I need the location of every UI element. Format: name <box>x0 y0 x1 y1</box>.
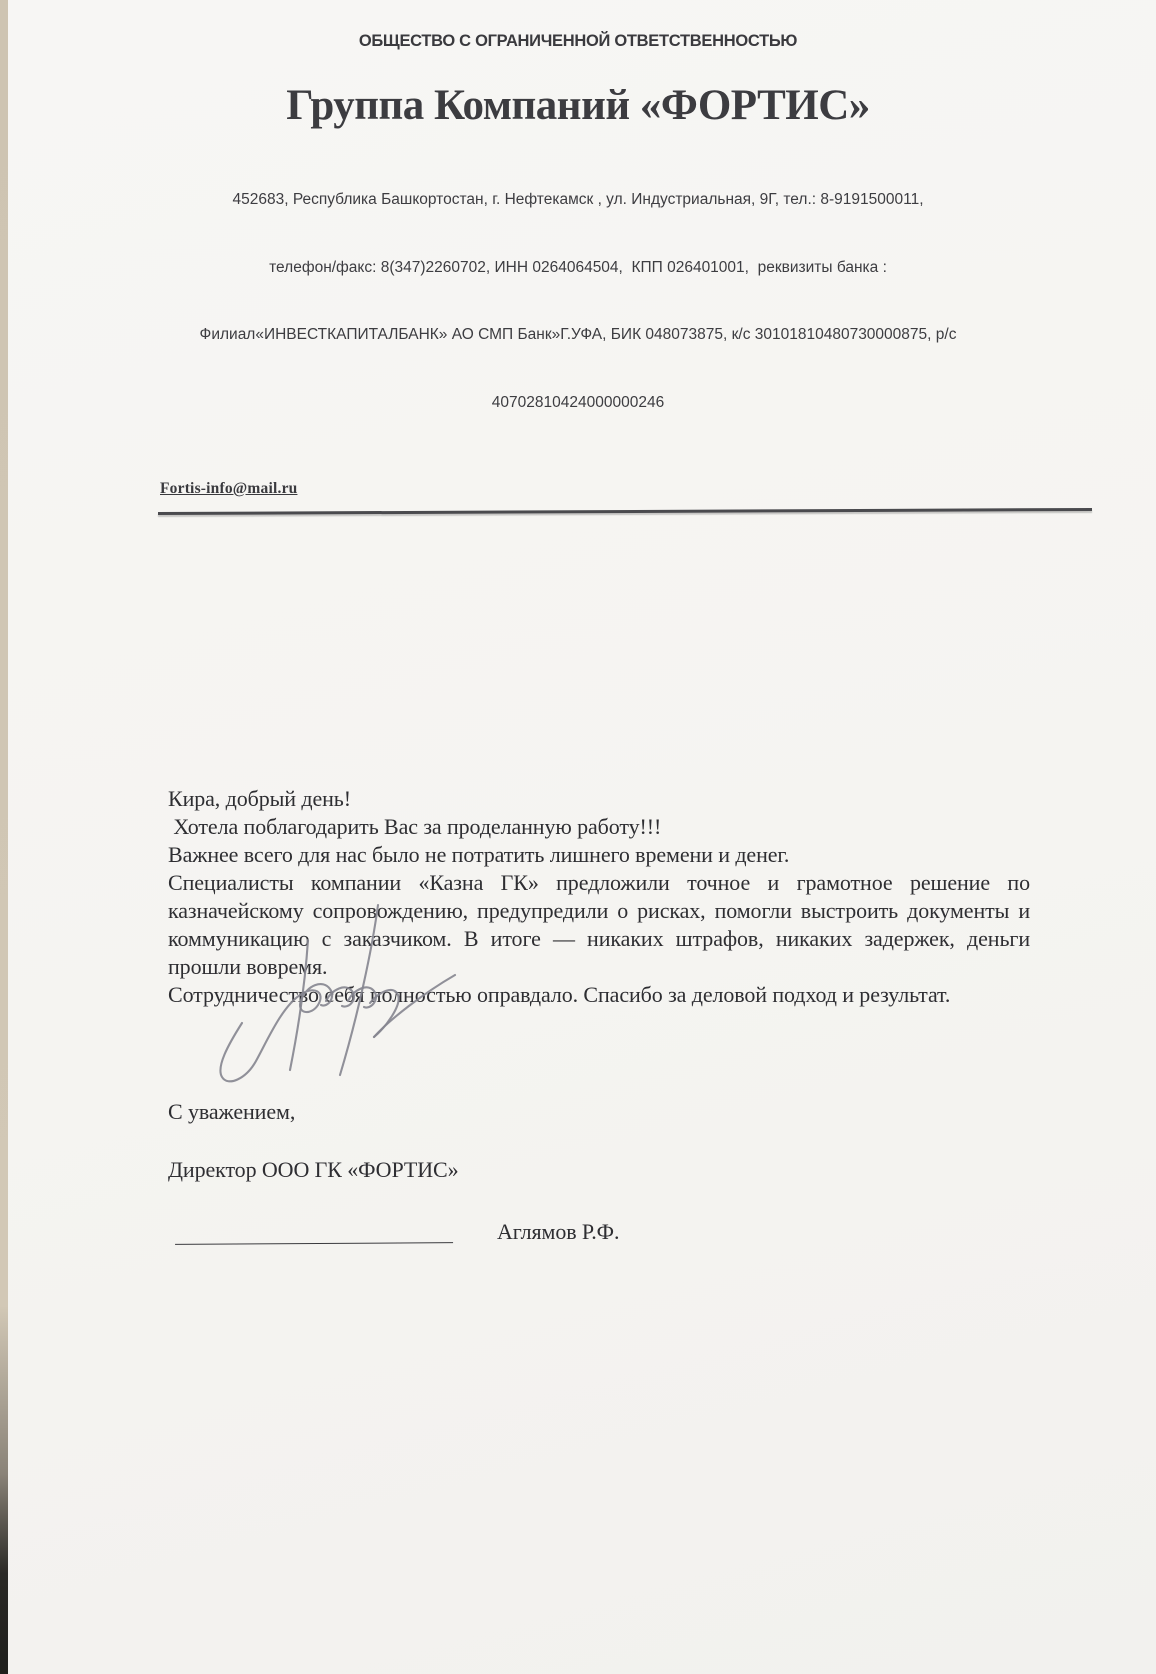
body-paragraph: Специалисты компании «Казна ГК» предложи… <box>168 869 1030 981</box>
letterhead: ОБЩЕСТВО С ОГРАНИЧЕННОЙ ОТВЕТСТВЕННОСТЬЮ… <box>0 31 1156 513</box>
body-paragraph: Сотрудничество себя полностью оправдало.… <box>168 981 1030 1009</box>
org-type-line: ОБЩЕСТВО С ОГРАНИЧЕННОЙ ОТВЕТСТВЕННОСТЬЮ <box>17 31 1138 51</box>
address-line: 452683, Республика Башкортостан, г. Нефт… <box>128 189 1028 212</box>
body-paragraph: Кира, добрый день! <box>168 785 1030 813</box>
company-name: Группа Компаний «ФОРТИС» <box>0 84 1156 127</box>
scanned-letter-page: ОБЩЕСТВО С ОГРАНИЧЕННОЙ ОТВЕТСТВЕННОСТЬЮ… <box>0 0 1156 1674</box>
signature-line <box>175 1218 453 1245</box>
address-block: 452683, Республика Башкортостан, г. Нефт… <box>128 144 1028 459</box>
closing-line: С уважением, <box>168 1098 1030 1126</box>
company-email: Fortis-info@mail.ru <box>160 480 297 497</box>
letter-body: Кира, добрый день! Хотела поблагодарить … <box>0 785 1156 1244</box>
address-line: телефон/факс: 8(347)2260702, ИНН 0264064… <box>128 257 1028 280</box>
photo-page-edge <box>0 0 8 1674</box>
signature-row: Аглямов Р.Ф. <box>168 1210 1030 1244</box>
letterhead-rule <box>158 508 1092 515</box>
address-line: 40702810424000000246 <box>128 392 1028 415</box>
signer-title-line: Директор ООО ГК «ФОРТИС» <box>168 1156 1030 1184</box>
body-paragraph: Важнее всего для нас было не потратить л… <box>168 841 1030 869</box>
address-line: Филиал«ИНВЕСТКАПИТАЛБАНК» АО СМП Банк»Г.… <box>128 324 1028 347</box>
email-row: Fortis-info@mail.ru <box>160 480 1156 498</box>
signer-name: Аглямов Р.Ф. <box>497 1220 619 1244</box>
body-paragraph: Хотела поблагодарить Вас за проделанную … <box>168 813 1030 841</box>
